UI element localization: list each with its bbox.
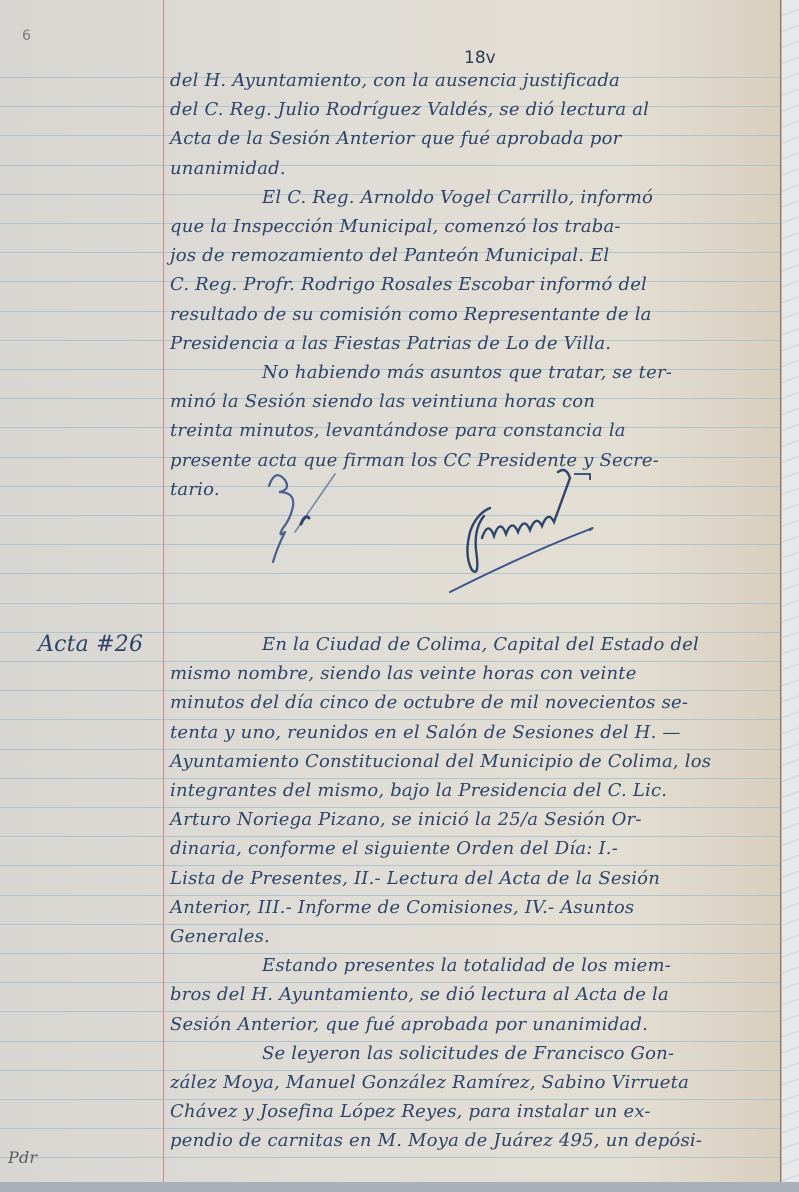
handwritten-line: tenta y uno, reunidos en el Salón de Ses…	[170, 718, 775, 747]
corner-mark: 6	[22, 28, 31, 44]
line-text: minó la Sesión siendo las veintiuna hora…	[170, 387, 775, 416]
folio-number: 18v	[464, 48, 496, 68]
handwritten-line: minutos del día cinco de octubre de mil …	[170, 688, 775, 717]
ruled-line	[0, 573, 781, 574]
line-text: minutos del día cinco de octubre de mil …	[170, 688, 775, 717]
next-page-edge	[782, 0, 799, 1182]
handwritten-line: Acta de la Sesión Anterior que fué aprob…	[170, 124, 775, 153]
handwritten-line: bros del H. Ayuntamiento, se dió lectura…	[170, 980, 775, 1009]
line-text: jos de remozamiento del Panteón Municipa…	[170, 241, 775, 270]
line-text: mismo nombre, siendo las veinte horas co…	[170, 659, 775, 688]
ruled-line	[0, 603, 781, 604]
line-text: del C. Reg. Julio Rodríguez Valdés, se d…	[170, 95, 775, 124]
handwritten-line: resultado de su comisión como Representa…	[170, 300, 775, 329]
line-text: Se leyeron las solicitudes de Francisco …	[262, 1039, 775, 1068]
handwritten-line: del C. Reg. Julio Rodríguez Valdés, se d…	[170, 95, 775, 124]
handwritten-line: Sesión Anterior, que fué aprobada por un…	[170, 1010, 775, 1039]
ruled-line	[0, 544, 781, 545]
line-text: Anterior, III.- Informe de Comisiones, I…	[170, 893, 775, 922]
page-edge	[780, 0, 781, 1182]
line-text: integrantes del mismo, bajo la Presidenc…	[170, 776, 775, 805]
background-strip	[0, 1182, 799, 1192]
handwritten-line: Ayuntamiento Constitucional del Municipi…	[170, 747, 775, 776]
handwritten-line: C. Reg. Profr. Rodrigo Rosales Escobar i…	[170, 270, 775, 299]
line-text: Ayuntamiento Constitucional del Municipi…	[170, 747, 775, 776]
handwritten-line: treinta minutos, levantándose para const…	[170, 416, 775, 445]
handwritten-line: Lista de Presentes, II.- Lectura del Act…	[170, 864, 775, 893]
red-margin-line	[163, 0, 164, 1182]
line-text: Presidencia a las Fiestas Patrias de Lo …	[170, 329, 775, 358]
handwritten-line: que la Inspección Municipal, comenzó los…	[170, 212, 775, 241]
handwritten-line: integrantes del mismo, bajo la Presidenc…	[170, 776, 775, 805]
signature-secretary	[255, 462, 350, 572]
handwritten-line: Arturo Noriega Pizano, se inició la 25/a…	[170, 805, 775, 834]
line-text: zález Moya, Manuel González Ramírez, Sab…	[170, 1068, 775, 1097]
act-number-heading: Acta #26	[38, 632, 143, 657]
line-text: En la Ciudad de Colima, Capital del Esta…	[262, 630, 775, 659]
handwritten-line: pendio de carnitas en M. Moya de Juárez …	[170, 1126, 775, 1155]
handwritten-line: jos de remozamiento del Panteón Municipa…	[170, 241, 775, 270]
line-text: dinaria, conforme el siguiente Orden del…	[170, 834, 775, 863]
line-text: Lista de Presentes, II.- Lectura del Act…	[170, 864, 775, 893]
handwritten-line: El C. Reg. Arnoldo Vogel Carrillo, infor…	[262, 183, 775, 212]
handwritten-line: minó la Sesión siendo las veintiuna hora…	[170, 387, 775, 416]
handwritten-line: unanimidad.	[170, 154, 775, 183]
line-text: Sesión Anterior, que fué aprobada por un…	[170, 1010, 775, 1039]
line-text: pendio de carnitas en M. Moya de Juárez …	[170, 1126, 775, 1155]
handwritten-line: Presidencia a las Fiestas Patrias de Lo …	[170, 329, 775, 358]
line-text: Generales.	[170, 922, 775, 951]
line-text: Acta de la Sesión Anterior que fué aprob…	[170, 124, 775, 153]
line-text: Estando presentes la totalidad de los mi…	[262, 951, 775, 980]
line-text: Arturo Noriega Pizano, se inició la 25/a…	[170, 805, 775, 834]
margin-initials: Pdr	[8, 1148, 37, 1167]
ruled-line	[0, 515, 781, 516]
handwritten-line: No habiendo más asuntos que tratar, se t…	[262, 358, 775, 387]
line-text: treinta minutos, levantándose para const…	[170, 416, 775, 445]
line-text: C. Reg. Profr. Rodrigo Rosales Escobar i…	[170, 270, 775, 299]
handwritten-line: dinaria, conforme el siguiente Orden del…	[170, 834, 775, 863]
line-text: Chávez y Josefina López Reyes, para inst…	[170, 1097, 775, 1126]
line-text: que la Inspección Municipal, comenzó los…	[170, 212, 775, 241]
line-text: unanimidad.	[170, 154, 775, 183]
line-text: No habiendo más asuntos que tratar, se t…	[262, 358, 775, 387]
handwritten-line: Estando presentes la totalidad de los mi…	[262, 951, 775, 980]
handwritten-line: Generales.	[170, 922, 775, 951]
line-text: resultado de su comisión como Representa…	[170, 300, 775, 329]
line-text: tenta y uno, reunidos en el Salón de Ses…	[170, 718, 775, 747]
signature-president	[420, 460, 610, 600]
handwritten-line: Chávez y Josefina López Reyes, para inst…	[170, 1097, 775, 1126]
handwritten-line: zález Moya, Manuel González Ramírez, Sab…	[170, 1068, 775, 1097]
handwritten-line: Se leyeron las solicitudes de Francisco …	[262, 1039, 775, 1068]
handwritten-line: mismo nombre, siendo las veinte horas co…	[170, 659, 775, 688]
line-text: del H. Ayuntamiento, con la ausencia jus…	[170, 66, 775, 95]
line-text: El C. Reg. Arnoldo Vogel Carrillo, infor…	[262, 183, 775, 212]
handwritten-line: Anterior, III.- Informe de Comisiones, I…	[170, 893, 775, 922]
ruled-line	[0, 1157, 781, 1158]
handwritten-line: En la Ciudad de Colima, Capital del Esta…	[262, 630, 775, 659]
ledger-page: 6 18v del H. Ayuntamiento, con la ausenc…	[0, 0, 781, 1182]
handwritten-line: del H. Ayuntamiento, con la ausencia jus…	[170, 66, 775, 95]
line-text: bros del H. Ayuntamiento, se dió lectura…	[170, 980, 775, 1009]
